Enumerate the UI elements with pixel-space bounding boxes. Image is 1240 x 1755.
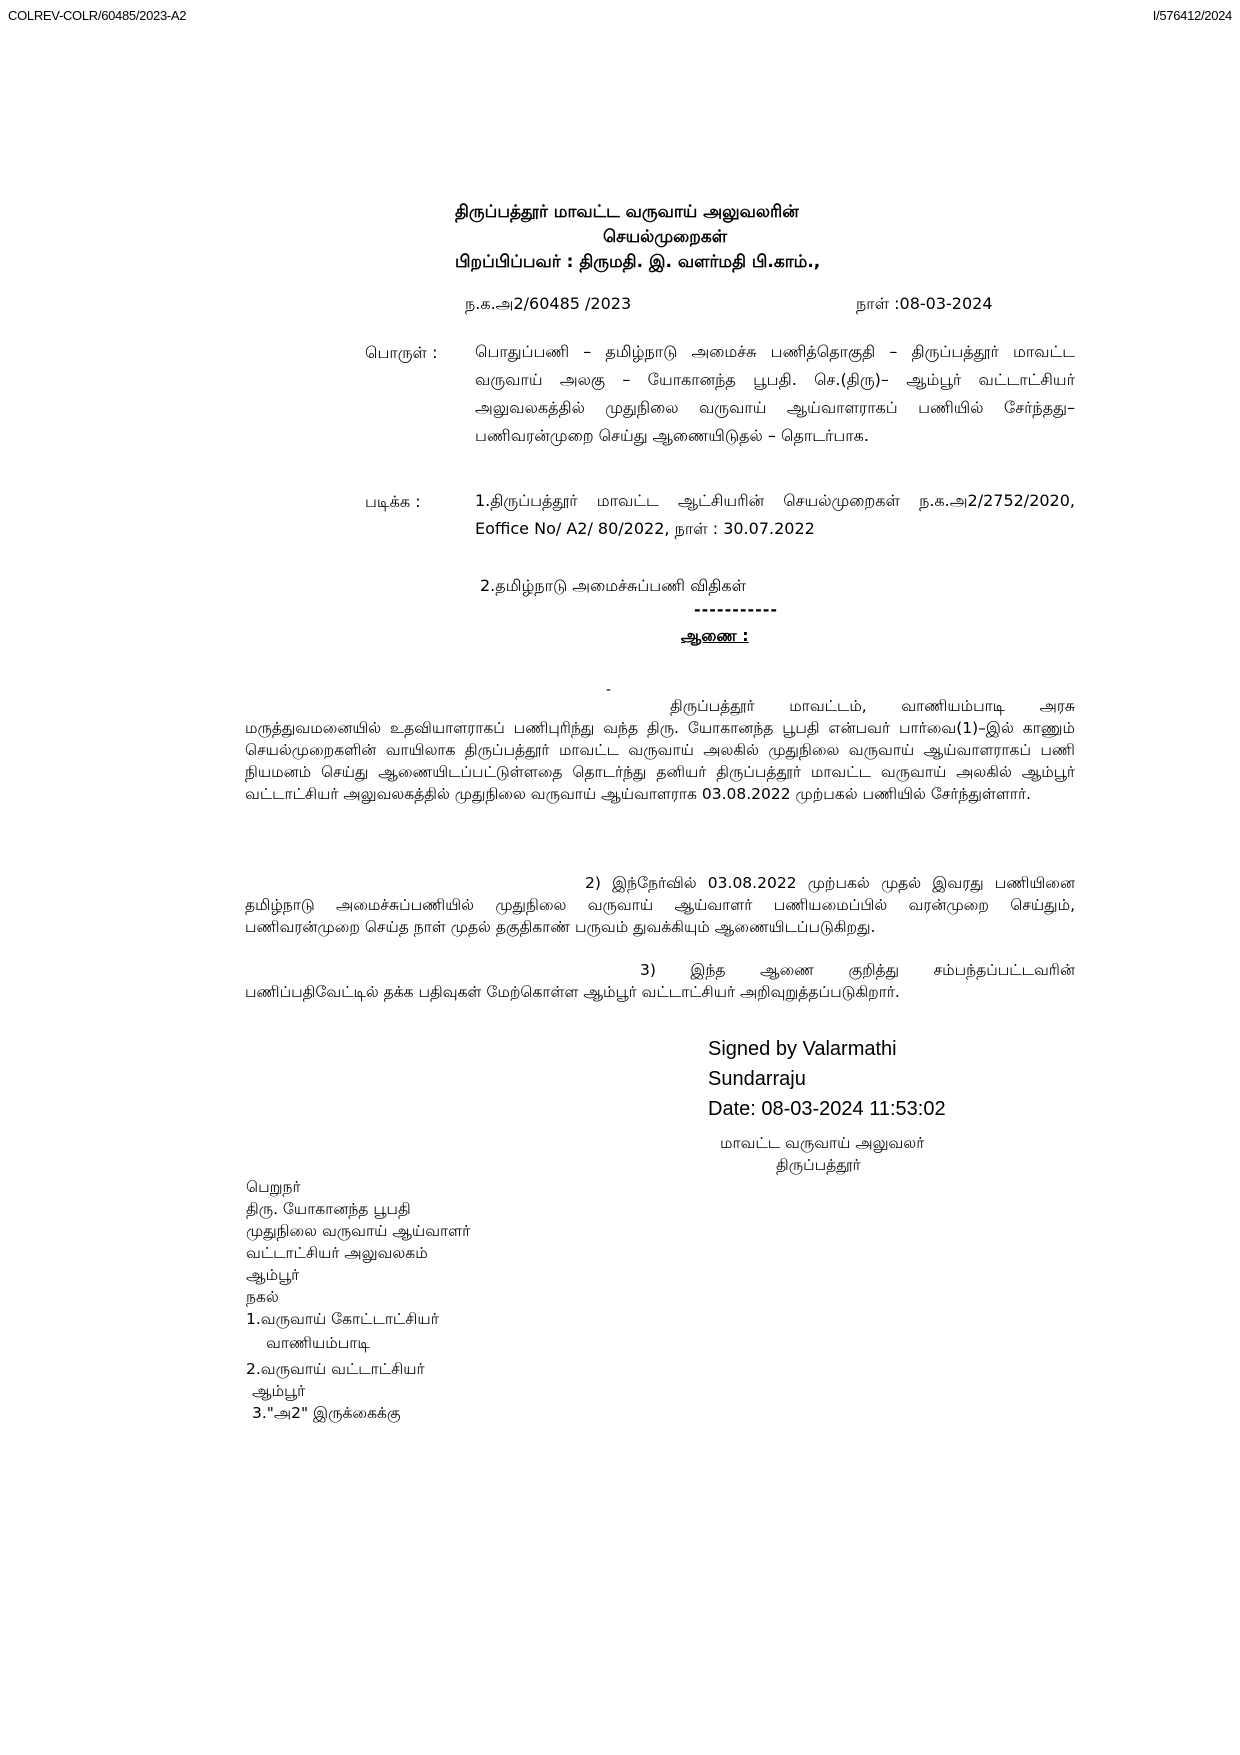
signatory-place: திருப்பத்தூர் bbox=[776, 1154, 861, 1176]
recipient-line: ஆம்பூர் bbox=[246, 1264, 470, 1286]
copy-item-2: 2.வருவாய் வட்டாட்சியர் bbox=[246, 1358, 470, 1380]
paragraph-3: 3) இந்த ஆணை குறித்து சம்பந்தப்பட்டவரின் … bbox=[245, 959, 1075, 1003]
signature-line-2: Sundarraju bbox=[708, 1064, 946, 1094]
recipient-line: முதுநிலை வருவாய் ஆய்வாளர் bbox=[246, 1220, 470, 1242]
title-line-1: திருப்பத்தூர் மாவட்ட வருவாய் அலுவலரின் bbox=[455, 200, 935, 225]
recipient-line: திரு. யோகானந்த பூபதி bbox=[246, 1198, 470, 1220]
order-date: நாள் :08-03-2024 bbox=[856, 294, 993, 315]
read-item-2: 2.தமிழ்நாடு அமைச்சுப்பணி விதிகள் bbox=[480, 572, 746, 600]
order-heading: ஆணை : bbox=[681, 626, 749, 647]
subject-text: பொதுப்பணி – தமிழ்நாடு அமைச்சு பணித்தொகுத… bbox=[475, 338, 1075, 450]
recipient-block: பெறுநர் திரு. யோகானந்த பூபதி முதுநிலை வர… bbox=[246, 1176, 470, 1424]
copy-item-2-place: ஆம்பூர் bbox=[246, 1380, 470, 1402]
copy-label: நகல் bbox=[246, 1286, 470, 1308]
signature-line-1: Signed by Valarmathi bbox=[708, 1034, 946, 1064]
paragraph-2: 2) இந்நேர்வில் 03.08.2022 முற்பகல் முதல்… bbox=[245, 872, 1075, 938]
paragraph-1: திருப்பத்தூர் மாவட்டம், வாணியம்பாடி அரசு… bbox=[245, 695, 1075, 805]
copy-item-3: 3."அ2" இருக்கைக்கு bbox=[246, 1402, 470, 1424]
document-title: திருப்பத்தூர் மாவட்ட வருவாய் அலுவலரின் ச… bbox=[455, 200, 935, 275]
title-line-2: செயல்முறைகள் bbox=[455, 225, 935, 250]
signatory-designation: மாவட்ட வருவாய் அலுவலர் bbox=[720, 1132, 924, 1154]
subject-label: பொருள் : bbox=[365, 343, 437, 364]
separator: ----------- bbox=[694, 600, 778, 619]
document-reference-left: COLREV-COLR/60485/2023-A2 bbox=[8, 8, 186, 23]
recipient-label: பெறுநர் bbox=[246, 1176, 470, 1198]
recipient-line: வட்டாட்சியர் அலுவலகம் bbox=[246, 1242, 470, 1264]
read-label: படிக்க : bbox=[365, 492, 421, 513]
read-item-1: 1.திருப்பத்தூர் மாவட்ட ஆட்சியரின் செயல்ம… bbox=[475, 487, 1075, 543]
signature-date: Date: 08-03-2024 11:53:02 bbox=[708, 1094, 946, 1124]
file-number: ந.க.அ2/60485 /2023 bbox=[465, 294, 631, 315]
document-reference-right: I/576412/2024 bbox=[1153, 8, 1232, 23]
copy-item-1: 1.வருவாய் கோட்டாட்சியர் bbox=[246, 1308, 470, 1330]
title-line-3: பிறப்பிப்பவர் : திருமதி. இ. வளர்மதி பி.க… bbox=[455, 250, 935, 275]
digital-signature: Signed by Valarmathi Sundarraju Date: 08… bbox=[708, 1034, 946, 1124]
copy-item-1-place: வாணியம்பாடி bbox=[246, 1332, 470, 1354]
